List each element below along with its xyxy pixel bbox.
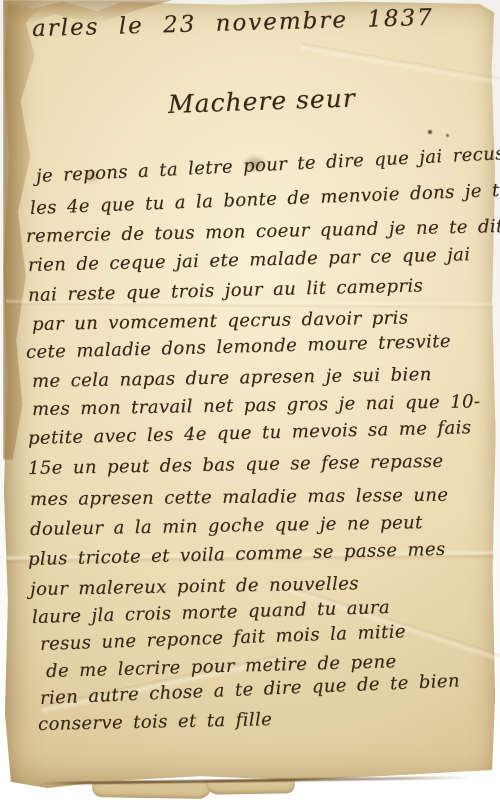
letter-photo: arles le 23 novembre 1837 Machere seur j… <box>0 0 500 802</box>
letter-line: mes apresen cette maladie mas lesse une <box>30 485 449 510</box>
